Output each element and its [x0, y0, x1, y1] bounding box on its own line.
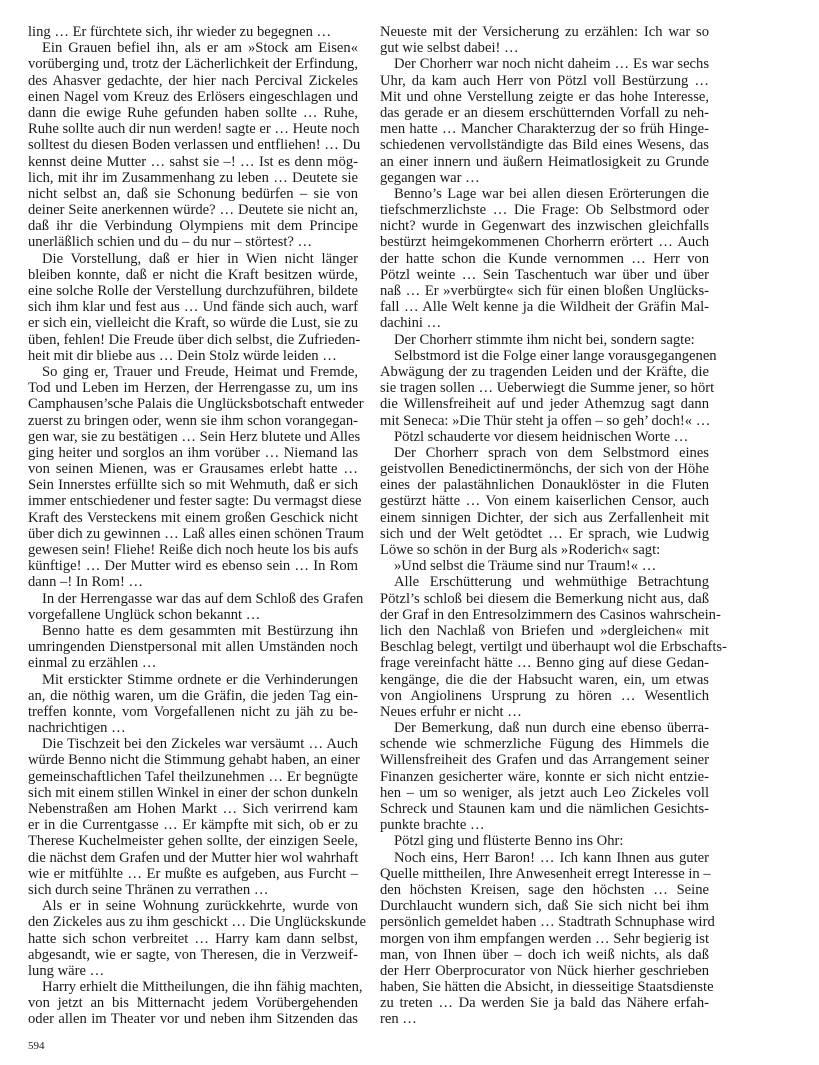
text-line: men hatte … Mancher Charakterzug der so … — [380, 121, 709, 137]
text-line: Ein Grauen befiel ihn, als er am »Stock … — [28, 40, 358, 56]
text-line: Ruhe sollte auch dir nun werden! sagte e… — [28, 121, 358, 137]
text-line: tiefschmerzlichste … Die Frage: Ob Selbs… — [380, 202, 709, 218]
text-line: Nebenstraßen am Hohen Markt … Sich verir… — [28, 801, 358, 817]
text-line: einmal zu erzählen … — [28, 655, 358, 671]
text-line: den höchsten Kreisen, sage den höchsten … — [380, 882, 709, 898]
text-line: zuerst zu bringen oder, wenn sie ihm sch… — [28, 413, 358, 429]
text-line: oder allen im Theater vor und neben ihm … — [28, 1011, 358, 1027]
text-line: des Ahasver gedachte, der hier nach Perc… — [28, 73, 358, 89]
text-line: über dich zu gewinnen … Laß alles einen … — [28, 526, 358, 542]
text-line: deiner Seite anerkennen würde? … Deutete… — [28, 202, 358, 218]
text-line: Kraft des Versteckens mit einem großen G… — [28, 510, 358, 526]
text-line: von jetzt an bis Mitternacht jedem Vorüb… — [28, 995, 358, 1011]
text-line: immer entschiedener und fester sagte: Du… — [28, 493, 358, 509]
text-line: Camphausen’sche Palais die Unglücksbotsc… — [28, 396, 358, 412]
text-line: haben, Sie hätten die Absicht, in diesse… — [380, 979, 709, 995]
text-line: er sich ein, vielleicht die Kraft, so wü… — [28, 315, 358, 331]
text-line: sich mit einem stillen Winkel in einer d… — [28, 785, 358, 801]
text-line: »Und selbst die Träume sind nur Traum!« … — [380, 558, 709, 574]
text-line: dann die ewige Ruhe gefunden haben sollt… — [28, 105, 358, 121]
text-line: der Herr Oberprocurator von Nück hierher… — [380, 963, 709, 979]
text-line: schiedenen vervollständigte das Bild ein… — [380, 137, 709, 153]
text-line: das gerade er an diesem erschütternden V… — [380, 105, 709, 121]
text-line: einem sinnigen Dichter, der sich aus Zer… — [380, 510, 709, 526]
text-line: naß … Er »verbürgte« sich für einen bloß… — [380, 283, 709, 299]
text-line: bleiben konnte, daß er nicht die Kraft b… — [28, 267, 358, 283]
text-line: Neueste mit der Versicherung zu erzählen… — [380, 24, 709, 40]
text-line: Abwägung der zu tragenden Leiden und der… — [380, 364, 709, 380]
text-line: Harry erhielt die Mittheilungen, die ihn… — [28, 979, 358, 995]
text-line: lung wäre … — [28, 963, 358, 979]
text-line: Neues erfuhr er nicht … — [380, 704, 709, 720]
text-line: ling … Er fürchtete sich, ihr wieder zu … — [28, 24, 358, 40]
text-line: unerläßlich schien und du – du nur – stö… — [28, 234, 358, 250]
text-line: So ging er, Trauer und Freude, Heimat un… — [28, 364, 358, 380]
text-line: dann –! In Rom! … — [28, 574, 358, 590]
text-line: bestürzt heimgekommenen Chorherrn erörte… — [380, 234, 709, 250]
text-line: gegangen war … — [380, 170, 709, 186]
text-line: Als er in seine Wohnung zurückkehrte, wu… — [28, 898, 358, 914]
text-line: den Zickeles aus zu ihm geschickt … Die … — [28, 914, 358, 930]
text-line: sich durch seine Thränen zu verrathen … — [28, 882, 358, 898]
text-line: Tod und Leben im Herzen, der Herrengasse… — [28, 380, 358, 396]
text-line: gut wie selbst dabei! … — [380, 40, 709, 56]
text-line: Die Tischzeit bei den Zickeles war versä… — [28, 736, 358, 752]
text-line: eine solche Rolle der Verstellung durchz… — [28, 283, 358, 299]
text-line: Benno hatte es dem gesammten mit Bestürz… — [28, 623, 358, 639]
text-line: der hatte schon die Kunde vernommen … He… — [380, 251, 709, 267]
text-line: gewesen sein! Fliehe! Reiße dich noch he… — [28, 542, 358, 558]
text-line: Pötzl schauderte vor diesem heidnischen … — [380, 429, 709, 445]
text-line: kennst deine Mutter … sahst sie –! … Ist… — [28, 154, 358, 170]
text-line: Die Vorstellung, daß er hier in Wien nic… — [28, 251, 358, 267]
left-column: ling … Er fürchtete sich, ihr wieder zu … — [28, 24, 358, 1028]
text-line: von Angiolinens Ursprung zu hören … Wese… — [380, 688, 709, 704]
text-line: sich und der Welt getödtet … Er sprach, … — [380, 526, 709, 542]
text-line: schende wie schmerzliche Fügung des Himm… — [380, 736, 709, 752]
text-line: an einer innern und äußern Heimatlosigke… — [380, 154, 709, 170]
page-number: 594 — [28, 1040, 45, 1052]
text-line: Der Chorherr stimmte ihm nicht bei, sond… — [380, 332, 709, 348]
text-line: Quelle mittheilen, Ihre Anwesenheit erre… — [380, 866, 709, 882]
text-line: gemeinschaftlichen Tafel theilzunehmen …… — [28, 769, 358, 785]
text-line: Willensfreiheit des Grafen und das Arran… — [380, 752, 709, 768]
text-line: an, die nöthig waren, um die Gräfin, die… — [28, 688, 358, 704]
text-line: geistvollen Benedictinermönchs, der sich… — [380, 461, 709, 477]
text-line: In der Herrengasse war das auf dem Schlo… — [28, 591, 358, 607]
text-line: umringenden Dienstpersonal mit allen Ums… — [28, 639, 358, 655]
text-line: von seinen Mienen, was er Grausames erle… — [28, 461, 358, 477]
text-line: einen Nagel vom Kreuz des Erlösers einge… — [28, 89, 358, 105]
text-line: Selbstmord ist die Folge einer lange vor… — [380, 348, 709, 364]
text-line: solltest du diesen Boden verlassen und e… — [28, 137, 358, 153]
text-line: die nächst dem Grafen und der Mutter hie… — [28, 850, 358, 866]
text-line: zu treten … Da werden Sie ja bald das Nä… — [380, 995, 709, 1011]
text-line: Pötzl weinte … Sein Taschentuch war über… — [380, 267, 709, 283]
text-line: Noch eins, Herr Baron! … Ich kann Ihnen … — [380, 850, 709, 866]
text-line: Finanzen gesicherter wäre, konnte er sic… — [380, 769, 709, 785]
text-line: dachini … — [380, 315, 709, 331]
text-line: lich, mit ihr im Zusammenhang zu leben …… — [28, 170, 358, 186]
text-line: wie er mitfühlte … Er mußte es aufgeben,… — [28, 866, 358, 882]
text-line: Löwe so schön in der Burg als »Roderich«… — [380, 542, 709, 558]
text-line: üben, fehlen! Die Freude über dich selbs… — [28, 332, 358, 348]
text-line: mit Seneca: »Die Thür steht ja offen – s… — [380, 413, 709, 429]
text-line: vorgefallene Unglück schon bekannt … — [28, 607, 358, 623]
text-line: er in die Currentgasse … Er kämpfte mit … — [28, 817, 358, 833]
text-line: Der Bemerkung, daß nun durch eine ebenso… — [380, 720, 709, 736]
text-line: die Willensfreiheit auf und jeder Athemz… — [380, 396, 709, 412]
text-line: sich ihm klar und fest aus … Und fände s… — [28, 299, 358, 315]
text-line: Durchlaucht wundern sich, daß Sie sich n… — [380, 898, 709, 914]
text-line: Therese Kuchelmeister gehen sollte, der … — [28, 833, 358, 849]
text-line: ren … — [380, 1011, 709, 1027]
text-line: eines der palastähnlichen Donauklöster i… — [380, 477, 709, 493]
text-line: Pötzl ging und flüsterte Benno ins Ohr: — [380, 833, 709, 849]
text-line: Beschlag belegt, vertilgt und überhaupt … — [380, 639, 709, 655]
text-line: gen war, sie zu bestätigen … Sein Herz b… — [28, 429, 358, 445]
text-line: würde Benno nicht die Stimmung gehabt ha… — [28, 752, 358, 768]
text-line: daß ihr die Verbindung Olympiens mit dem… — [28, 218, 358, 234]
text-line: hatte sich schon verbreitet … Harry kam … — [28, 931, 358, 947]
text-line: abgesandt, wie er sagte, von Theresen, d… — [28, 947, 358, 963]
text-line: kengänge, die die der Habsucht waren, ei… — [380, 672, 709, 688]
text-line: künftige! … Der Mutter wird es ebenso se… — [28, 558, 358, 574]
text-line: frage vereinfacht hätte … Benno ging auf… — [380, 655, 709, 671]
text-line: Uhr, da kam auch Herr von Pötzl voll Bes… — [380, 73, 709, 89]
text-line: Benno’s Lage war bei allen diesen Erörte… — [380, 186, 709, 202]
text-line: punkte brachte … — [380, 817, 709, 833]
text-line: Sein Innerstes erfüllte sich so mit Wehm… — [28, 477, 358, 493]
text-line: nicht selbst an, daß sie Schonung bedürf… — [28, 186, 358, 202]
text-line: heit mit dir bliebe aus … Dein Stolz wür… — [28, 348, 358, 364]
text-line: Pötzl’s schloß bei diesem die Bemerkung … — [380, 591, 709, 607]
text-line: gestürzt hätte … Von einem kaiserlichen … — [380, 493, 709, 509]
text-line: vorüberging und, trotz der Lächerlichkei… — [28, 56, 358, 72]
text-line: nachrichtigen … — [28, 720, 358, 736]
text-line: Der Chorherr sprach von dem Selbstmord e… — [380, 445, 709, 461]
text-line: fall … Alle Welt kenne ja die Wildheit d… — [380, 299, 709, 315]
text-line: Mit und ohne Verstellung zeigte er das h… — [380, 89, 709, 105]
book-page: ling … Er fürchtete sich, ihr wieder zu … — [0, 0, 819, 1065]
text-line: Der Chorherr war noch nicht daheim … Es … — [380, 56, 709, 72]
text-line: morgen von ihm empfangen werden … Sehr b… — [380, 931, 709, 947]
text-line: ging heiter und sorglos an ihm vorüber …… — [28, 445, 358, 461]
text-line: Schreck und Staunen kam und die nämliche… — [380, 801, 709, 817]
text-line: Mit erstickter Stimme ordnete er die Ver… — [28, 672, 358, 688]
text-line: man, von Ihnen über – doch ich weiß nich… — [380, 947, 709, 963]
text-line: sie tragen sollen … Ueberwiegt die Summe… — [380, 380, 709, 396]
text-line: Alle Erschütterung und wehmüthige Betrac… — [380, 574, 709, 590]
text-line: persönlich gemeldet haben … Stadtrath Sc… — [380, 914, 709, 930]
text-line: nicht? wurde in Gegenwart des inzwischen… — [380, 218, 709, 234]
text-line: hen – um so weniger, als jetzt auch Leo … — [380, 785, 709, 801]
text-line: der Graf in den Entresolzimmern des Casi… — [380, 607, 709, 623]
text-line: treffen konnte, vom Vorgefallenen nicht … — [28, 704, 358, 720]
text-line: lich den Nachlaß von Briefen und »dergle… — [380, 623, 709, 639]
right-column: Neueste mit der Versicherung zu erzählen… — [380, 24, 709, 1028]
